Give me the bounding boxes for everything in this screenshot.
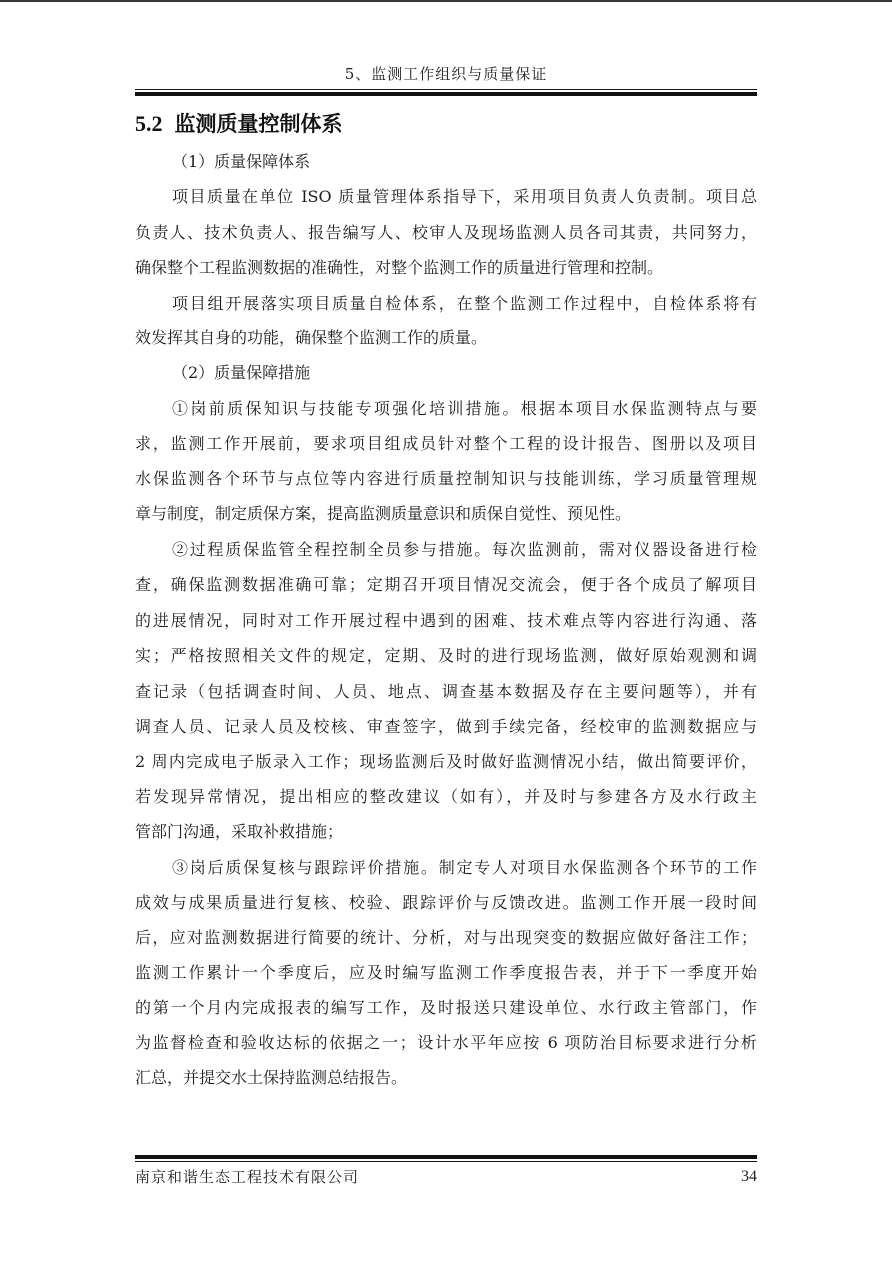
paragraph-line: 项目组开展落实项目质量自检体系，在整个监测工作过程中，自检体系将有 [172, 292, 757, 316]
paragraph-line: 项目质量在单位 ISO 质量管理体系指导下，采用项目负责人负责制。项目总 [172, 185, 757, 209]
paragraph-line: 水保监测各个环节与点位等内容进行质量控制知识与技能训练，学习质量管理规 [135, 467, 757, 491]
running-header: 5、监测工作组织与质量保证 [135, 64, 757, 84]
paragraph-line: ②过程质保监管全程控制全员参与措施。每次监测前，需对仪器设备进行检 [172, 538, 757, 562]
paragraph-line: 汇总，并提交水土保持监测总结报告。 [135, 1066, 757, 1090]
paragraph-line: 成效与成果质量进行复核、校验、跟踪评价与反馈改进。监测工作开展一段时间 [135, 891, 757, 915]
subsection-heading-1: （1）质量保障体系 [172, 150, 310, 174]
paragraph-line: 的第一个月内完成报表的编写工作，及时报送只建设单位、水行政主管部门，作 [135, 996, 757, 1020]
paragraph-line: 管部门沟通，采取补救措施； [135, 820, 757, 844]
paragraph-line: 的进展情况，同时对工作开展过程中遇到的困难、技术难点等内容进行沟通、落 [135, 609, 757, 633]
paragraph-line: 负责人、技术负责人、报告编写人、校审人及现场监测人员各司其责，共同努力， [135, 221, 757, 245]
paragraph-line: 查，确保监测数据准确可靠；定期召开项目情况交流会，便于各个成员了解项目 [135, 573, 757, 597]
header-rule-thick [135, 92, 757, 96]
page-top-edge [0, 0, 892, 2]
section-title: 监测质量控制体系 [175, 111, 343, 136]
paragraph-line: 求，监测工作开展前，要求项目组成员针对整个工程的设计报告、图册以及项目 [135, 432, 757, 456]
paragraph-line: 为监督检查和验收达标的依据之一；设计水平年应按 6 项防治目标要求进行分析 [135, 1031, 757, 1055]
paragraph-line: 实；严格按照相关文件的规定，定期、及时的进行现场监测，做好原始观测和调 [135, 644, 757, 668]
header-rule-thin [135, 89, 757, 90]
footer-company: 南京和谐生态工程技术有限公司 [135, 1166, 359, 1188]
paragraph-line: ③岗后质保复核与跟踪评价措施。制定专人对项目水保监测各个环节的工作 [172, 856, 757, 880]
paragraph-line: 后，应对监测数据进行简要的统计、分析，对与出现突变的数据应做好备注工作； [135, 926, 757, 950]
page-number: 34 [741, 1166, 757, 1188]
paragraph-line: 调查人员、记录人员及校核、审查签字，做到手续完备，经校审的监测数据应与 [135, 715, 757, 739]
subsection-heading-2: （2）质量保障措施 [172, 361, 310, 385]
paragraph-line: 效发挥其自身的功能，确保整个监测工作的质量。 [135, 326, 757, 350]
footer-rule-thin [135, 1161, 757, 1162]
paragraph-line: 2 周内完成电子版录入工作；现场监测后及时做好监测情况小结，做出简要评价， [135, 750, 757, 774]
footer-rule-thick [135, 1155, 757, 1159]
section-heading: 5.2监测质量控制体系 [135, 110, 343, 138]
paragraph-line: 确保整个工程监测数据的准确性，对整个监测工作的质量进行管理和控制。 [135, 256, 757, 280]
paragraph-line: 章与制度，制定质保方案，提高监测质量意识和质保自觉性、预见性。 [135, 502, 757, 526]
paragraph-line: 若发现异常情况，提出相应的整改建议（如有），并及时与参建各方及水行政主 [135, 785, 757, 809]
paragraph-line: 监测工作累计一个季度后，应及时编写监测工作季度报告表，并于下一季度开始 [135, 961, 757, 985]
paragraph-line: 查记录（包括调查时间、人员、地点、调查基本数据及存在主要问题等），并有 [135, 680, 757, 704]
paragraph-line: ①岗前质保知识与技能专项强化培训措施。根据本项目水保监测特点与要 [172, 397, 757, 421]
section-number: 5.2 [135, 111, 163, 136]
